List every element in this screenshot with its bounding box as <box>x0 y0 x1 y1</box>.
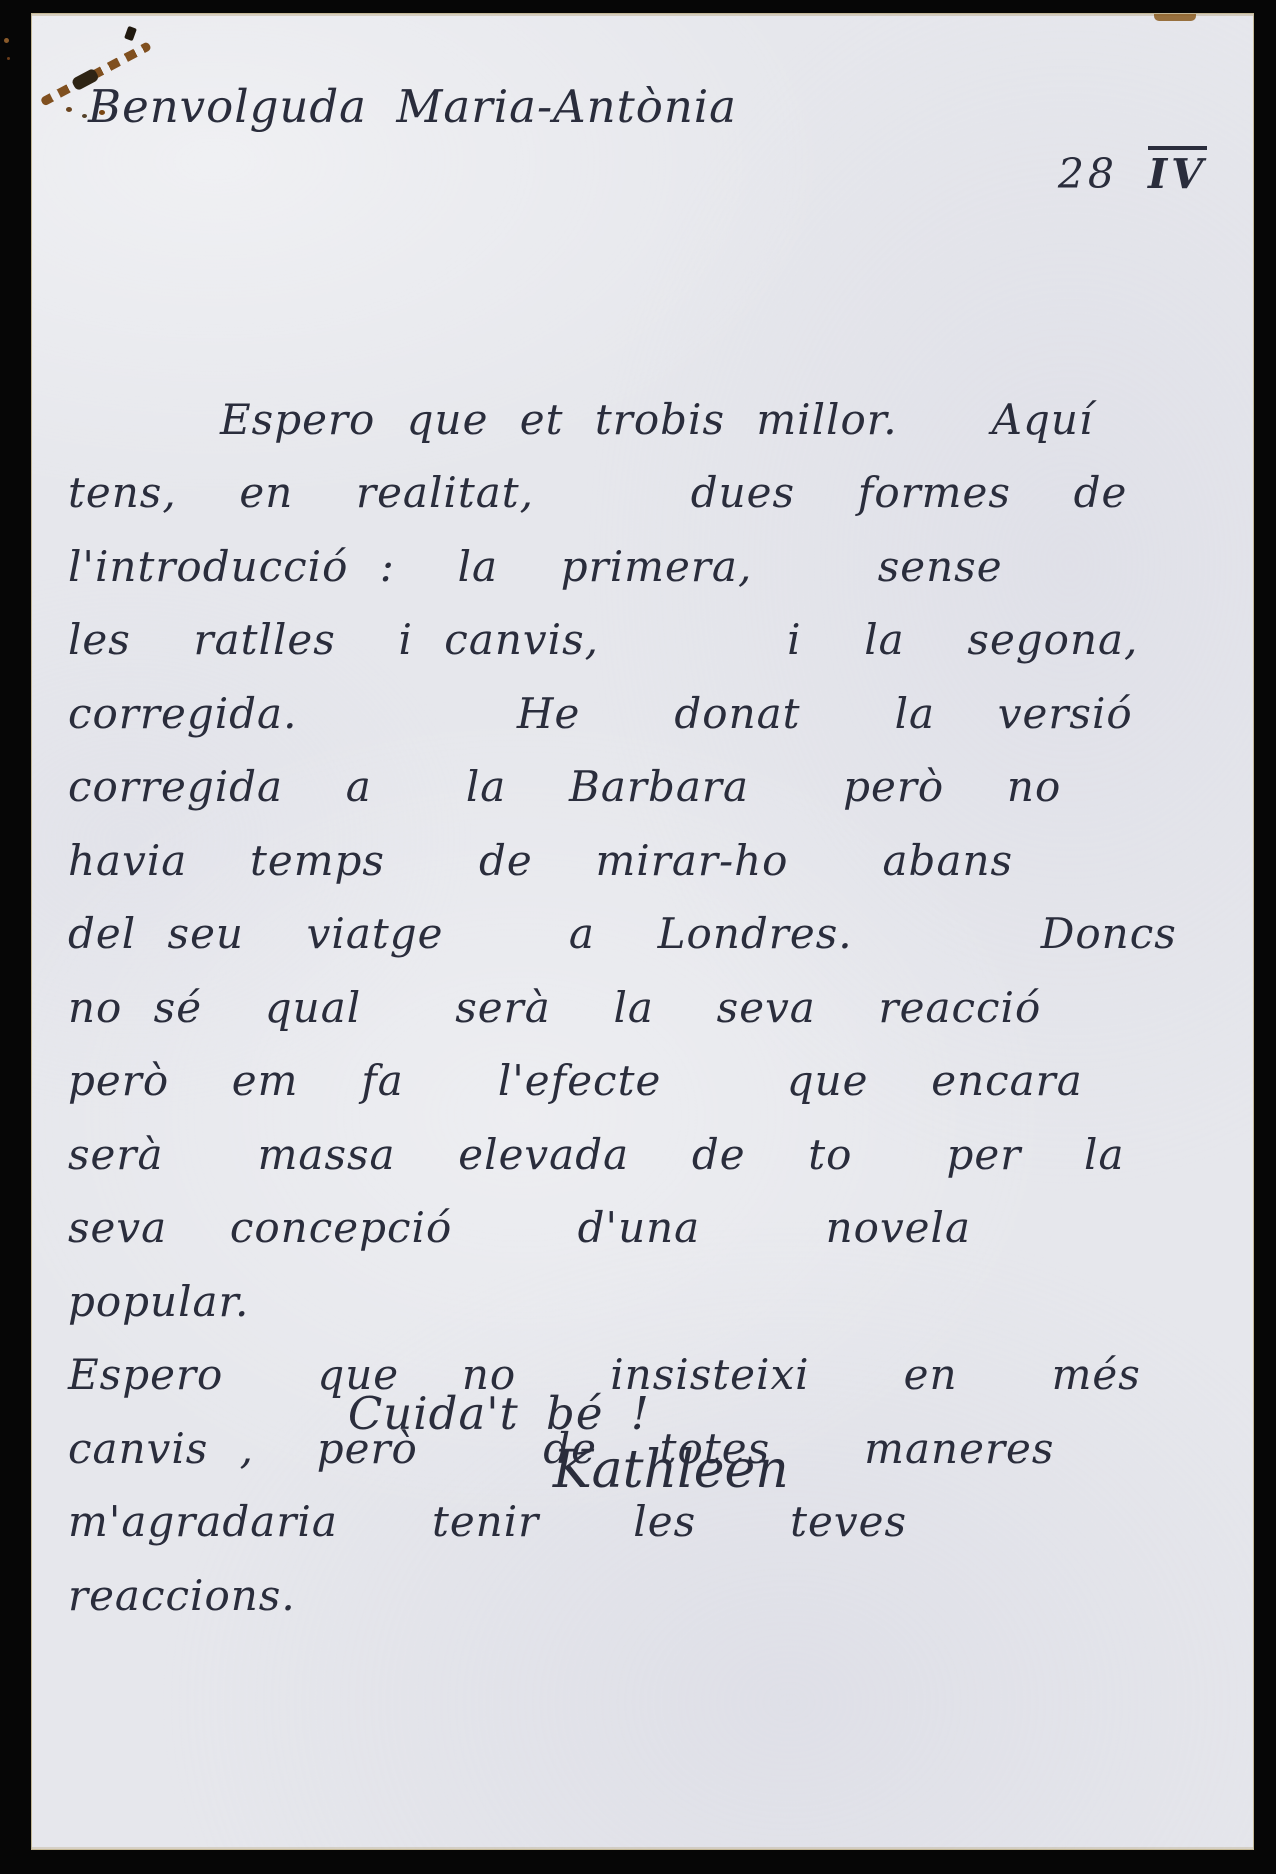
letter-line: les ratlles i canvis, i la segona, <box>68 603 1201 677</box>
signature: Kathleen <box>553 1440 789 1500</box>
closing-row: Cuida't bé ! Kathleen <box>184 1334 789 1553</box>
letter-line: tens, en realitat, dues formes de <box>68 456 1201 530</box>
ink-blot-mark <box>124 26 137 41</box>
letter-line: serà massa elevada de to per la <box>68 1118 1201 1192</box>
letter-line: corregida a la Barbara però no <box>68 750 1201 824</box>
closing: Cuida't bé ! <box>348 1387 650 1440</box>
letter-line: però em fa l'efecte que encara <box>68 1044 1201 1118</box>
scanned-letter: Benvolguda Maria-Antònia 28IV Espero que… <box>0 0 1276 1874</box>
letter-line: del seu viatge a Londres. Doncs <box>68 897 1201 971</box>
letter-line: seva concepció d'una novela popular. <box>68 1191 1201 1338</box>
letter-line: Espero que et trobis millor. Aquí <box>68 383 1201 457</box>
letter-line: corregida. He donat la versió <box>68 677 1201 751</box>
letter-line: l'introducció : la primera, sense <box>68 530 1201 604</box>
letter-line: no sé qual serà la seva reacció <box>68 971 1201 1045</box>
letter-page: Benvolguda Maria-Antònia 28IV Espero que… <box>31 13 1254 1850</box>
stain-speck <box>82 114 87 118</box>
stain-speck <box>66 107 72 112</box>
salutation: Benvolguda Maria-Antònia <box>88 80 737 133</box>
letter-line: havia temps de mirar-ho abans <box>68 824 1201 898</box>
edge-smudge-mark <box>1154 14 1196 21</box>
